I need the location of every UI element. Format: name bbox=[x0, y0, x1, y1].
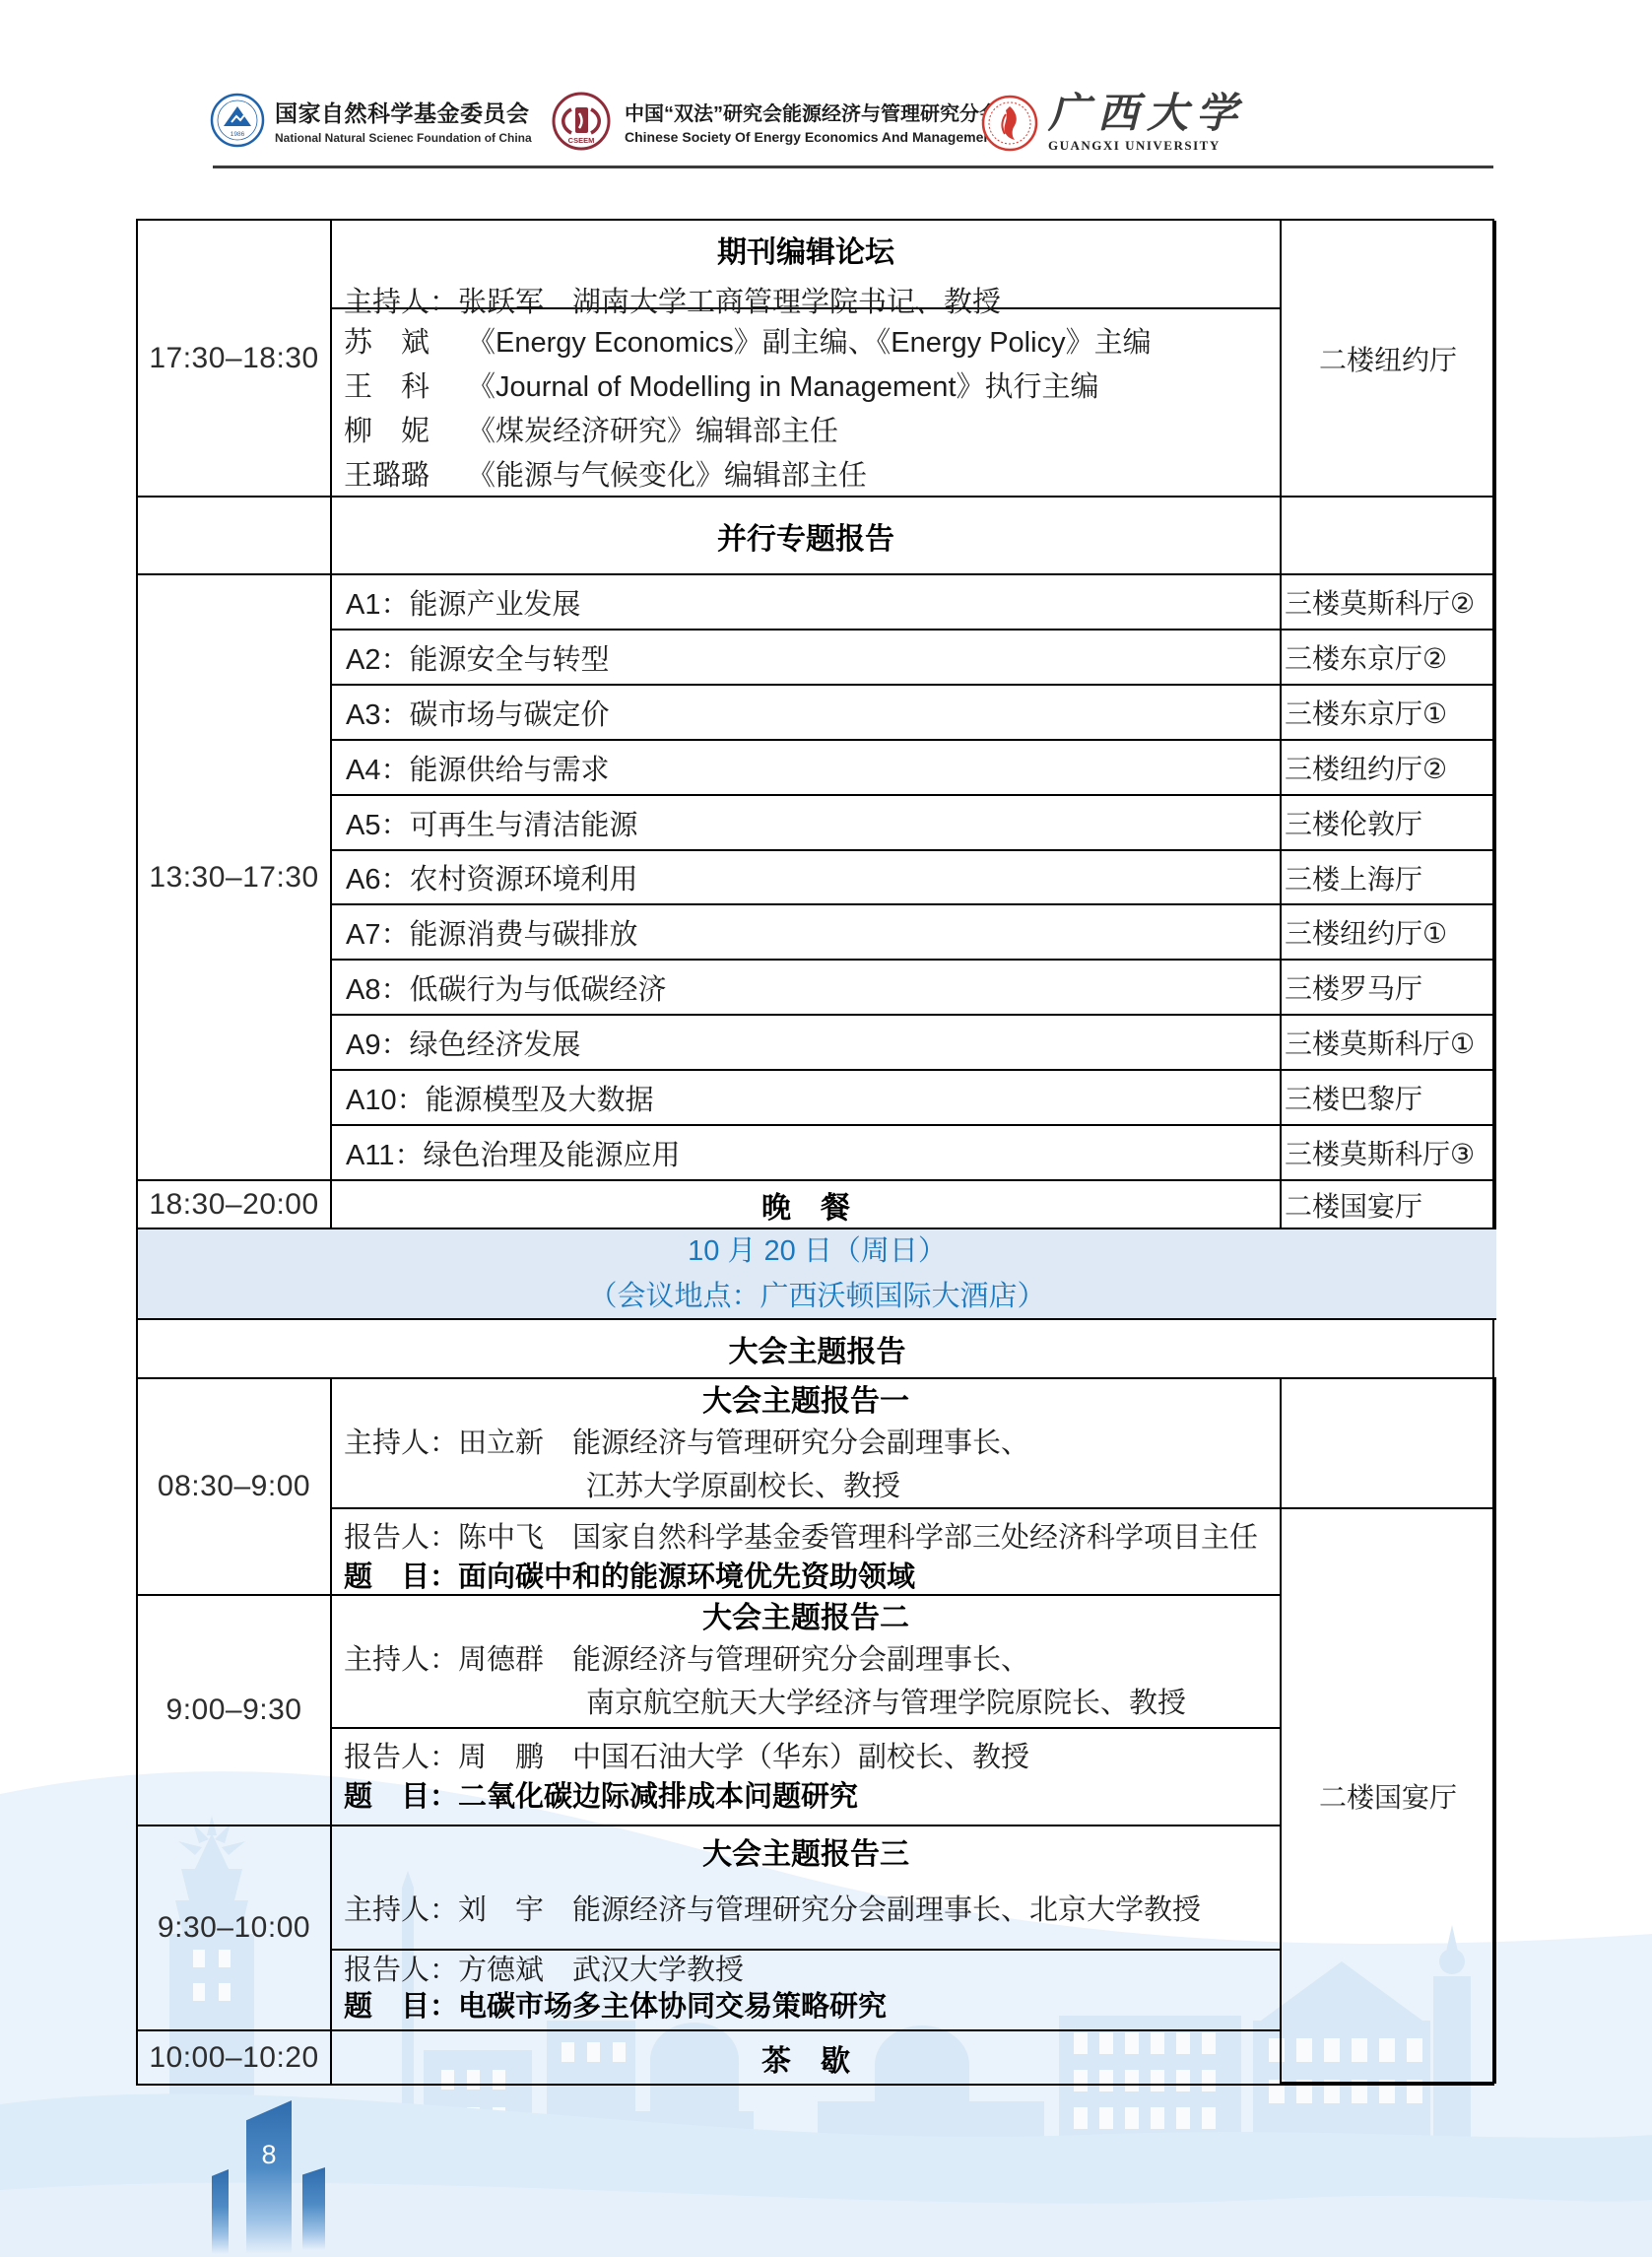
session-a9-location: 三楼莫斯科厅① bbox=[1282, 1016, 1496, 1071]
keynote-3-topic: 题 目：电碳市场多主体协同交易策略研究 bbox=[344, 1989, 1280, 2025]
page-number: 8 bbox=[261, 2140, 276, 2254]
keynote-2-topic: 题 目：二氧化碳边际减排成本问题研究 bbox=[344, 1777, 1280, 1817]
page-bar-right bbox=[302, 2167, 325, 2250]
keynote-section-header: 大会主题报告 bbox=[138, 1320, 1496, 1379]
journal-forum-editors: 苏 斌 《Energy Economics》副主编、《Energy Policy… bbox=[332, 309, 1282, 498]
nsfc-logo-block: 1986 国家自然科学基金委员会 National Natural Sciene… bbox=[210, 93, 532, 148]
time-dinner: 18:30–20:00 bbox=[138, 1181, 332, 1229]
session-a3-location: 三楼东京厅① bbox=[1282, 686, 1496, 741]
cseem-name-en: Chinese Society Of Energy Economics And … bbox=[625, 129, 999, 145]
editor-name: 王 科 bbox=[344, 365, 467, 410]
time-parallel-sessions: 13:30–17:30 bbox=[138, 575, 332, 1181]
session-a11-label: A11：绿色治理及能源应用 bbox=[332, 1126, 1282, 1181]
schedule-table: 17:30–18:30 期刊编辑论坛 主持人：张跃军 湖南大学工商管理学院书记、… bbox=[136, 219, 1494, 2086]
day-banner-venue: （会议地点：广西沃顿国际大酒店） bbox=[588, 1274, 1045, 1319]
keynote-3-head: 大会主题报告三 主持人：刘 宇 能源经济与管理研究分会副理事长、北京大学教授 bbox=[332, 1826, 1282, 1951]
keynote-2-host-line2: 南京航空航天大学经济与管理学院原院长、教授 bbox=[332, 1682, 1280, 1725]
page-bar-left bbox=[212, 2169, 229, 2254]
cseem-logo-icon: CSEEM bbox=[552, 92, 611, 151]
keynote-1-host-line2: 江苏大学原副校长、教授 bbox=[332, 1465, 1280, 1508]
location-empty-parallel-header bbox=[1282, 498, 1496, 575]
keynote-3-host-line1: 主持人：刘 宇 能源经济与管理研究分会副理事长、北京大学教授 bbox=[332, 1889, 1280, 1932]
journal-forum-title: 期刊编辑论坛 bbox=[332, 228, 1280, 271]
day-banner: 10 月 20 日（周日） （会议地点：广西沃顿国际大酒店） bbox=[138, 1229, 1496, 1320]
page-number-bar: 8 bbox=[246, 2100, 292, 2254]
cseem-logo-block: CSEEM 中国“双法”研究会能源经济与管理研究分会 Chinese Socie… bbox=[552, 92, 999, 151]
session-a2-location: 三楼东京厅② bbox=[1282, 631, 1496, 686]
program-page: 1986 国家自然科学基金委员会 National Natural Sciene… bbox=[0, 0, 1652, 2257]
time-tea-break: 10:00–10:20 bbox=[138, 2031, 332, 2084]
keynote-1-title: 大会主题报告一 bbox=[332, 1382, 1280, 1422]
editor-row: 王 科 《Journal of Modelling in Management》… bbox=[344, 365, 1280, 410]
keynote-3-title: 大会主题报告三 bbox=[332, 1835, 1280, 1875]
location-keynotes: 二楼国宴厅 bbox=[1282, 1509, 1496, 2084]
session-a5-location: 三楼伦敦厅 bbox=[1282, 796, 1496, 851]
location-empty-keynote-1 bbox=[1282, 1379, 1496, 1509]
nsfc-name-en: National Natural Scienec Foundation of C… bbox=[275, 131, 532, 145]
dinner-label: 晚 餐 bbox=[332, 1181, 1282, 1229]
time-empty-parallel-header bbox=[138, 498, 332, 575]
session-a9-label: A9：绿色经济发展 bbox=[332, 1016, 1282, 1071]
cseem-name-cn: 中国“双法”研究会能源经济与管理研究分会 bbox=[625, 98, 999, 126]
keynote-3-speaker: 报告人：方德斌 武汉大学教授 bbox=[344, 1953, 1280, 1989]
time-keynote-1: 08:30–9:00 bbox=[138, 1379, 332, 1596]
gxu-name-cn: 广西大学 bbox=[1048, 93, 1245, 136]
session-a2-label: A2：能源安全与转型 bbox=[332, 631, 1282, 686]
session-a6-location: 三楼上海厅 bbox=[1282, 851, 1496, 905]
session-a11-location: 三楼莫斯科厅③ bbox=[1282, 1126, 1496, 1181]
gxu-logo-icon bbox=[981, 95, 1038, 152]
keynote-2-title: 大会主题报告二 bbox=[332, 1599, 1280, 1638]
session-a4-location: 三楼纽约厅② bbox=[1282, 741, 1496, 796]
location-journal-forum: 二楼纽约厅 bbox=[1282, 221, 1496, 498]
nsfc-name-cn: 国家自然科学基金委员会 bbox=[275, 96, 532, 128]
editor-row: 苏 斌 《Energy Economics》副主编、《Energy Policy… bbox=[344, 321, 1280, 365]
session-a8-location: 三楼罗马厅 bbox=[1282, 961, 1496, 1016]
keynote-2-speaker: 报告人：周 鹏 中国石油大学（华东）副校长、教授 bbox=[344, 1738, 1280, 1777]
session-a1-label: A1：能源产业发展 bbox=[332, 575, 1282, 631]
editor-role: 《Energy Economics》副主编、《Energy Policy》主编 bbox=[467, 321, 1280, 365]
editor-role: 《能源与气候变化》编辑部主任 bbox=[467, 454, 1280, 498]
editor-row: 王璐璐 《能源与气候变化》编辑部主任 bbox=[344, 454, 1280, 498]
time-keynote-2: 9:00–9:30 bbox=[138, 1596, 332, 1826]
editor-name: 苏 斌 bbox=[344, 321, 467, 365]
editor-name: 柳 妮 bbox=[344, 410, 467, 454]
session-a7-label: A7：能源消费与碳排放 bbox=[332, 905, 1282, 961]
day-banner-date: 10 月 20 日（周日） bbox=[688, 1228, 947, 1274]
editor-role: 《Journal of Modelling in Management》执行主编 bbox=[467, 365, 1280, 410]
session-a6-label: A6：农村资源环境利用 bbox=[332, 851, 1282, 905]
editor-name: 王璐璐 bbox=[344, 454, 467, 498]
keynote-1-body: 报告人：陈中飞 国家自然科学基金委管理科学部三处经济科学项目主任 题 目：面向碳… bbox=[332, 1509, 1282, 1596]
session-a10-label: A10：能源模型及大数据 bbox=[332, 1071, 1282, 1126]
keynote-1-head: 大会主题报告一 主持人：田立新 能源经济与管理研究分会副理事长、 江苏大学原副校… bbox=[332, 1379, 1282, 1509]
header-divider-rule bbox=[213, 166, 1493, 168]
editor-role: 《煤炭经济研究》编辑部主任 bbox=[467, 410, 1280, 454]
time-keynote-3: 9:30–10:00 bbox=[138, 1826, 332, 2031]
nsfc-logo-icon: 1986 bbox=[210, 93, 265, 148]
keynote-1-topic: 题 目：面向碳中和的能源环境优先资助领域 bbox=[344, 1558, 1280, 1597]
session-a10-location: 三楼巴黎厅 bbox=[1282, 1071, 1496, 1126]
gxu-name-en: GUANGXI UNIVERSITY bbox=[1048, 138, 1245, 154]
session-a8-label: A8：低碳行为与低碳经济 bbox=[332, 961, 1282, 1016]
parallel-sessions-header: 并行专题报告 bbox=[332, 498, 1282, 575]
session-a1-location: 三楼莫斯科厅② bbox=[1282, 575, 1496, 631]
svg-text:CSEEM: CSEEM bbox=[568, 136, 595, 145]
keynote-1-speaker: 报告人：陈中飞 国家自然科学基金委管理科学部三处经济科学项目主任 bbox=[344, 1518, 1280, 1558]
keynote-2-host-line1: 主持人：周德群 能源经济与管理研究分会副理事长、 bbox=[332, 1638, 1280, 1682]
session-a3-label: A3：碳市场与碳定价 bbox=[332, 686, 1282, 741]
keynote-1-host-line1: 主持人：田立新 能源经济与管理研究分会副理事长、 bbox=[332, 1422, 1280, 1465]
location-dinner: 二楼国宴厅 bbox=[1282, 1181, 1496, 1229]
editor-row: 柳 妮 《煤炭经济研究》编辑部主任 bbox=[344, 410, 1280, 454]
svg-text:1986: 1986 bbox=[231, 131, 245, 138]
keynote-3-body: 报告人：方德斌 武汉大学教授 题 目：电碳市场多主体协同交易策略研究 bbox=[332, 1951, 1282, 2031]
journal-forum-head: 期刊编辑论坛 主持人：张跃军 湖南大学工商管理学院书记、教授 bbox=[332, 221, 1282, 309]
keynote-2-body: 报告人：周 鹏 中国石油大学（华东）副校长、教授 题 目：二氧化碳边际减排成本问… bbox=[332, 1729, 1282, 1826]
keynote-2-head: 大会主题报告二 主持人：周德群 能源经济与管理研究分会副理事长、 南京航空航天大… bbox=[332, 1596, 1282, 1729]
session-a5-label: A5：可再生与清洁能源 bbox=[332, 796, 1282, 851]
tea-break-label: 茶 歇 bbox=[332, 2031, 1282, 2084]
session-a7-location: 三楼纽约厅① bbox=[1282, 905, 1496, 961]
gxu-logo-block: 广西大学 GUANGXI UNIVERSITY bbox=[981, 93, 1245, 154]
session-a4-label: A4：能源供给与需求 bbox=[332, 741, 1282, 796]
time-journal-forum: 17:30–18:30 bbox=[138, 221, 332, 498]
